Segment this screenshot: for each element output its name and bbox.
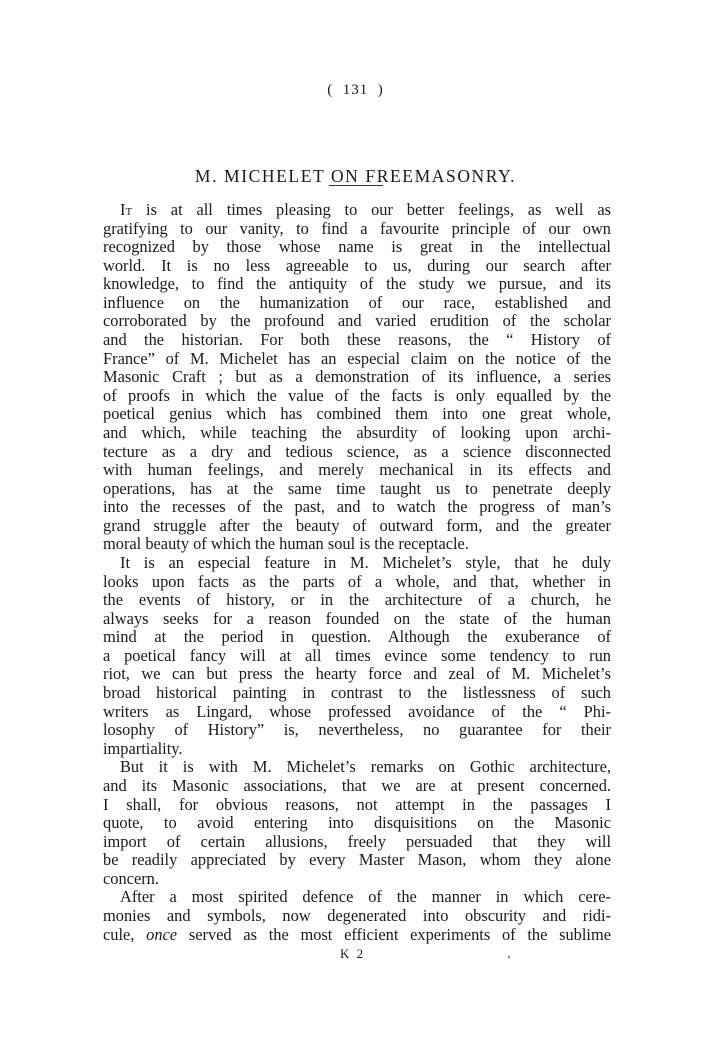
text-line: always seeks for a reason founded on the…	[103, 610, 611, 629]
line-text: moral beauty of which the human soul is …	[103, 534, 469, 553]
text-line: losophy of History” is, nevertheless, no…	[103, 721, 611, 740]
line-text: import of certain allusions, freely pers…	[103, 832, 611, 851]
line-text: into the recesses of the past, and to wa…	[103, 497, 611, 516]
line-text: tecture as a dry and tedious science, as…	[103, 442, 611, 461]
text-line: After a most spirited defence of the man…	[103, 888, 611, 907]
text-line: mind at the period in question. Although…	[103, 628, 611, 647]
line-text: served as the most efficient experiments…	[189, 925, 611, 944]
title-divider-rule	[329, 185, 383, 186]
text-line: recognized by those whose name is great …	[103, 238, 611, 257]
line-text: of proofs in which the value of the fact…	[103, 386, 611, 405]
line-text: and the historian. For both these reason…	[103, 330, 611, 349]
text-line: gratifying to our vanity, to find a favo…	[103, 220, 611, 239]
line-text: But it is with M. Michelet’s remarks on …	[120, 757, 611, 776]
italic-emphasis: once	[146, 925, 177, 944]
line-lead-text: cule,	[103, 925, 146, 944]
line-text: quote, to avoid entering into disquisiti…	[103, 813, 611, 832]
text-line: of proofs in which the value of the fact…	[103, 387, 611, 406]
line-text: with human feelings, and merely mechanic…	[103, 460, 611, 479]
line-text: be readily appreciated by every Master M…	[103, 850, 611, 869]
text-line: tecture as a dry and tedious science, as…	[103, 443, 611, 462]
text-line: impartiality.	[103, 740, 611, 759]
line-text: is at all times pleasing to our better f…	[146, 200, 611, 219]
text-line: riot, we can but press the hearty force …	[103, 665, 611, 684]
text-line: influence on the humanization of our rac…	[103, 294, 611, 313]
line-text: looks upon facts as the parts of a whole…	[103, 572, 611, 591]
line-text: concern.	[103, 869, 159, 888]
text-line: be readily appreciated by every Master M…	[103, 851, 611, 870]
text-line: writers as Lingard, whose professed avoi…	[103, 703, 611, 722]
line-text: gratifying to our vanity, to find a favo…	[103, 219, 611, 238]
line-text: knowledge, to find the antiquity of the …	[103, 274, 611, 293]
text-line: It is an especial feature in M. Michelet…	[103, 554, 611, 573]
text-line: knowledge, to find the antiquity of the …	[103, 275, 611, 294]
line-text: a poetical fancy will at all times evinc…	[103, 646, 611, 665]
text-line: It is at all times pleasing to our bette…	[103, 201, 611, 220]
line-text: France” of M. Michelet has an especial c…	[103, 349, 611, 368]
text-line: cule, once served as the most efficient …	[103, 926, 611, 945]
text-line: looks upon facts as the parts of a whole…	[103, 573, 611, 592]
line-text: I shall, for obvious reasons, not attemp…	[103, 795, 611, 814]
article-body: It is at all times pleasing to our bette…	[103, 201, 611, 944]
line-text: After a most spirited defence of the man…	[120, 887, 611, 906]
text-line: grand struggle after the beauty of outwa…	[103, 517, 611, 536]
line-text: mind at the period in question. Although…	[103, 627, 611, 646]
line-text: and its Masonic associations, that we ar…	[103, 776, 611, 795]
line-text: always seeks for a reason founded on the…	[103, 609, 611, 628]
text-line: But it is with M. Michelet’s remarks on …	[103, 758, 611, 777]
line-text: monies and symbols, now degenerated into…	[103, 906, 611, 925]
text-line: quote, to avoid entering into disquisiti…	[103, 814, 611, 833]
line-text: influence on the humanization of our rac…	[103, 293, 611, 312]
line-text: and which, while teaching the absurdity …	[103, 423, 611, 442]
text-line: poetical genius which has combined them …	[103, 405, 611, 424]
text-line: the events of history, or in the archite…	[103, 591, 611, 610]
line-text: poetical genius which has combined them …	[103, 404, 611, 423]
line-text: world. It is no less agreeable to us, du…	[103, 256, 611, 275]
line-text: losophy of History” is, nevertheless, no…	[103, 720, 611, 739]
line-text: riot, we can but press the hearty force …	[103, 664, 611, 683]
line-text: writers as Lingard, whose professed avoi…	[103, 702, 611, 721]
printer-signature-mark: K 2	[340, 946, 365, 962]
line-text: It is an especial feature in M. Michelet…	[120, 553, 611, 572]
text-line: concern.	[103, 870, 611, 889]
text-line: world. It is no less agreeable to us, du…	[103, 257, 611, 276]
text-line: a poetical fancy will at all times evinc…	[103, 647, 611, 666]
line-text: recognized by those whose name is great …	[103, 237, 611, 256]
text-line: France” of M. Michelet has an especial c…	[103, 350, 611, 369]
text-line: and the historian. For both these reason…	[103, 331, 611, 350]
text-line: and which, while teaching the absurdity …	[103, 424, 611, 443]
line-text: grand struggle after the beauty of outwa…	[103, 516, 611, 535]
text-line: Masonic Craft ; but as a demonstration o…	[103, 368, 611, 387]
article-title: M. MICHELET ON FREEMASONRY.	[0, 166, 711, 187]
text-line: I shall, for obvious reasons, not attemp…	[103, 796, 611, 815]
line-text: broad historical painting in contrast to…	[103, 683, 611, 702]
line-text: impartiality.	[103, 739, 183, 758]
text-line: with human feelings, and merely mechanic…	[103, 461, 611, 480]
drop-small-caps-word: It	[120, 200, 132, 219]
line-text: the events of history, or in the archite…	[103, 590, 611, 609]
text-line: monies and symbols, now degenerated into…	[103, 907, 611, 926]
text-line: moral beauty of which the human soul is …	[103, 535, 611, 554]
line-text: corroborated by the profound and varied …	[103, 311, 611, 330]
line-text: Masonic Craft ; but as a demonstration o…	[103, 367, 611, 386]
text-line: and its Masonic associations, that we ar…	[103, 777, 611, 796]
text-line: operations, has at the same time taught …	[103, 480, 611, 499]
page-number: ( 131 )	[0, 82, 711, 99]
line-text: operations, has at the same time taught …	[103, 479, 611, 498]
text-line: broad historical painting in contrast to…	[103, 684, 611, 703]
text-line: corroborated by the profound and varied …	[103, 312, 611, 331]
stray-ink-dot	[508, 956, 510, 958]
text-line: import of certain allusions, freely pers…	[103, 833, 611, 852]
text-line: into the recesses of the past, and to wa…	[103, 498, 611, 517]
